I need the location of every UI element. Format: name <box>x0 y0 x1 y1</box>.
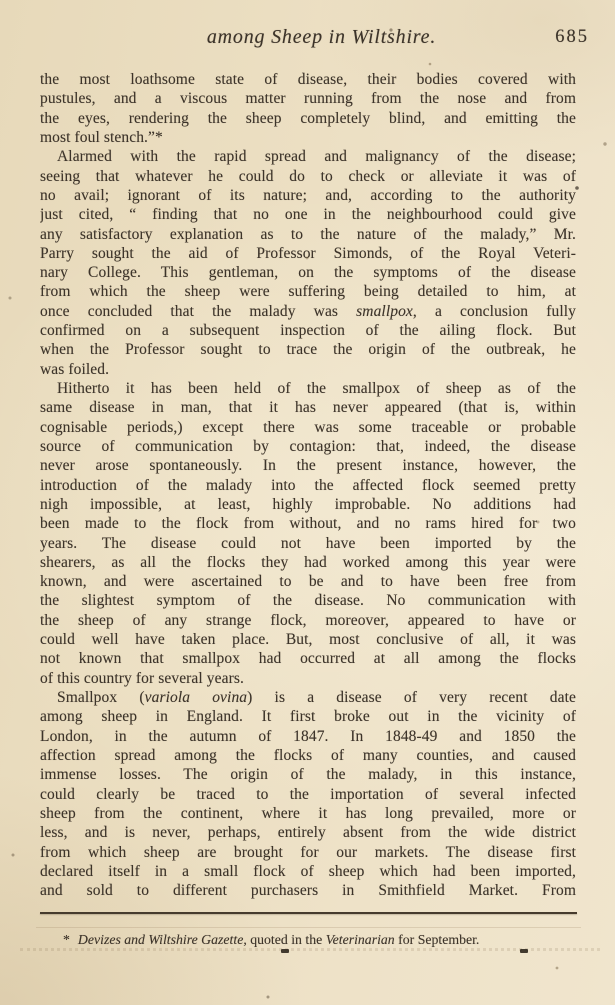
text-segment: known, and were ascertained to be and to… <box>40 573 576 590</box>
book-page: among Sheep in Wiltshire. 685 the most l… <box>0 0 615 1005</box>
footnote-segment: for September. <box>395 932 480 947</box>
footnote-asterisk-marker: * <box>63 932 70 947</box>
text-line: the most loathsome state of disease, the… <box>40 70 576 89</box>
text-line: Hitherto it has been held of the smallpo… <box>40 379 576 398</box>
text-line: most foul stench.”* <box>40 128 576 147</box>
text-segment: the eyes, rendering the sheep completely… <box>40 110 576 127</box>
text-line: the eyes, rendering the sheep completely… <box>40 109 576 128</box>
text-line: no avail; ignorant of its nature; and, a… <box>40 186 576 205</box>
text-line: never arose spontaneously. In the presen… <box>40 456 576 475</box>
text-segment: from which sheep are brought for our mar… <box>40 844 576 861</box>
text-line: could clearly be traced to the importati… <box>40 785 576 804</box>
text-segment: never arose spontaneously. In the presen… <box>40 457 576 474</box>
text-line: was foiled. <box>40 360 576 379</box>
text-segment: nigh impossible, at least, highly improb… <box>40 496 576 513</box>
text-line: and sold to different purchasers in Smit… <box>40 881 576 900</box>
text-segment: when the Professor sought to trace the o… <box>40 341 576 358</box>
footnote-rule <box>40 912 577 914</box>
text-segment: could clearly be traced to the importati… <box>40 786 576 803</box>
text-line: immense losses. The origin of the malady… <box>40 765 576 784</box>
text-line: any satisfactory explanation as to the n… <box>40 225 576 244</box>
text-segment: and sold to different purchasers in Smit… <box>40 882 576 899</box>
text-segment: sheep from the continent, where it has l… <box>40 805 576 822</box>
show-through-line <box>36 927 581 928</box>
text-line: declared itself in a small flock of shee… <box>40 862 576 881</box>
text-segment: nary College. This gentleman, on the sym… <box>40 264 576 281</box>
text-line: Parry sought the aid of Professor Simond… <box>40 244 576 263</box>
text-line: same disease in man, that it has never a… <box>40 398 576 417</box>
text-segment: was foiled. <box>40 361 109 378</box>
footnote-text: Devizes and Wiltshire Gazette, quoted in… <box>78 932 479 947</box>
text-segment: from which the sheep were suffering bein… <box>40 283 576 300</box>
text-line: been made to the flock from without, and… <box>40 514 576 533</box>
text-line: source of communication by contagion: th… <box>40 437 576 456</box>
text-segment: same disease in man, that it has never a… <box>40 399 576 416</box>
italic-text-segment: variola ovina <box>145 689 248 706</box>
paragraph: the most loathsome state of disease, the… <box>40 70 576 147</box>
text-segment: affection spread among the flocks of man… <box>40 747 576 764</box>
text-segment: source of communication by contagion: th… <box>40 438 576 455</box>
text-line: the sheep of any strange flock, moreover… <box>40 611 576 630</box>
text-line: Alarmed with the rapid spread and malign… <box>40 147 576 166</box>
text-line: known, and were ascertained to be and to… <box>40 572 576 591</box>
show-through-mark <box>281 949 289 953</box>
paper-specks <box>0 0 2 2</box>
footnote-italic-segment: Veterinarian <box>326 932 395 947</box>
text-segment: among sheep in England. It first broke o… <box>40 708 576 725</box>
text-segment: immense losses. The origin of the malady… <box>40 766 576 783</box>
text-line: shearers, as all the flocks they had wor… <box>40 553 576 572</box>
text-line: once concluded that the malady was small… <box>40 302 576 321</box>
text-segment: declared itself in a small flock of shee… <box>40 863 576 880</box>
text-line: nary College. This gentleman, on the sym… <box>40 263 576 282</box>
text-segment: Hitherto it has been held of the smallpo… <box>57 380 576 397</box>
show-through-dotted-line <box>20 948 600 951</box>
text-segment: pustules, and a viscous matter running f… <box>40 90 576 107</box>
text-segment: no avail; ignorant of its nature; and, a… <box>40 187 576 204</box>
text-segment: been made to the flock from without, and… <box>40 515 576 532</box>
text-line: cognisable periods,) except there was so… <box>40 418 576 437</box>
paragraph: Smallpox (variola ovina) is a disease of… <box>40 688 576 900</box>
text-segment: confirmed on a subsequent inspection of … <box>40 322 576 339</box>
text-line: years. The disease could not have been i… <box>40 534 576 553</box>
text-line: the slightest symptom of the disease. No… <box>40 591 576 610</box>
paragraph: Alarmed with the rapid spread and malign… <box>40 147 576 379</box>
text-line: Smallpox (variola ovina) is a disease of… <box>40 688 576 707</box>
text-line: confirmed on a subsequent inspection of … <box>40 321 576 340</box>
show-through-mark <box>520 949 528 953</box>
text-segment: the slightest symptom of the disease. No… <box>40 592 576 609</box>
text-line: from which the sheep were suffering bein… <box>40 282 576 301</box>
text-body: the most loathsome state of disease, the… <box>40 70 576 900</box>
text-segment: cognisable periods,) except there was so… <box>40 419 576 436</box>
text-segment: ) is a disease of very recent date <box>247 689 576 706</box>
text-line: pustules, and a viscous matter running f… <box>40 89 576 108</box>
italic-text-segment: smallpox <box>356 303 413 320</box>
text-line: could well have taken place. But, most c… <box>40 630 576 649</box>
text-line: among sheep in England. It first broke o… <box>40 707 576 726</box>
text-segment: of this country for several years. <box>40 670 244 687</box>
text-segment: the sheep of any strange flock, moreover… <box>40 612 576 629</box>
text-line: sheep from the continent, where it has l… <box>40 804 576 823</box>
text-segment: the most loathsome state of disease, the… <box>40 71 576 88</box>
footnote-italic-segment: Devizes and Wiltshire Gazette <box>78 932 243 947</box>
text-line: just cited, “ finding that no one in the… <box>40 205 576 224</box>
paragraph: Hitherto it has been held of the smallpo… <box>40 379 576 688</box>
text-segment: most foul stench.”* <box>40 129 163 146</box>
text-segment: introduction of the malady into the affe… <box>40 477 576 494</box>
text-line: seeing that whatever he could do to chec… <box>40 167 576 186</box>
running-head: among Sheep in Wiltshire. <box>14 26 615 49</box>
text-segment: just cited, “ finding that no one in the… <box>40 206 576 223</box>
text-segment: Alarmed with the rapid spread and malign… <box>57 148 576 165</box>
text-segment: years. The disease could not have been i… <box>40 535 576 552</box>
text-line: nigh impossible, at least, highly improb… <box>40 495 576 514</box>
text-line: from which sheep are brought for our mar… <box>40 843 576 862</box>
text-segment: could well have taken place. But, most c… <box>40 631 576 648</box>
text-segment: seeing that whatever he could do to chec… <box>40 168 576 185</box>
footnote-segment: , quoted in the <box>243 932 325 947</box>
page-number: 685 <box>555 27 589 48</box>
text-segment: any satisfactory explanation as to the n… <box>40 226 576 243</box>
text-line: when the Professor sought to trace the o… <box>40 340 576 359</box>
text-line: affection spread among the flocks of man… <box>40 746 576 765</box>
text-line: of this country for several years. <box>40 669 576 688</box>
text-line: not known that smallpox had occurred at … <box>40 649 576 668</box>
text-segment: not known that smallpox had occurred at … <box>40 650 576 667</box>
text-segment: , a conclusion fully <box>413 303 576 320</box>
text-segment: once concluded that the malady was <box>40 303 356 320</box>
text-line: less, and is never, perhaps, entirely ab… <box>40 823 576 842</box>
text-segment: Smallpox ( <box>57 689 145 706</box>
text-line: introduction of the malady into the affe… <box>40 476 576 495</box>
text-segment: less, and is never, perhaps, entirely ab… <box>40 824 576 841</box>
text-line: London, in the autumn of 1847. In 1848-4… <box>40 727 576 746</box>
text-segment: Parry sought the aid of Professor Simond… <box>40 245 576 262</box>
footnote: *Devizes and Wiltshire Gazette, quoted i… <box>63 931 568 948</box>
text-segment: shearers, as all the flocks they had wor… <box>40 554 576 571</box>
text-segment: London, in the autumn of 1847. In 1848-4… <box>40 728 576 745</box>
